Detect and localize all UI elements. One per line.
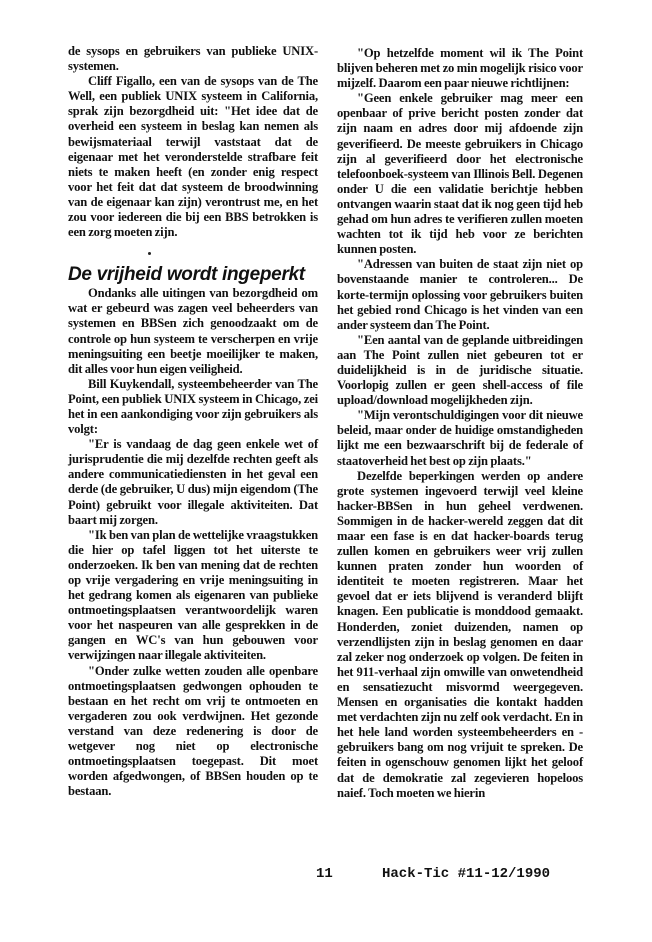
section-heading: De vrijheid wordt ingeperkt (68, 264, 318, 286)
page-number: 11 (316, 866, 382, 882)
paragraph: Ondanks alle uitingen van bezorgdheid om… (68, 286, 318, 377)
page-footer: 11Hack-Tic #11-12/1990 (316, 866, 550, 882)
paragraph: "Geen enkele gebruiker mag meer een open… (337, 91, 583, 257)
paragraph: "Er is vandaag de dag geen enkele wet of… (68, 437, 318, 528)
paragraph: "Adressen van buiten de staat zijn niet … (337, 257, 583, 332)
paragraph: "Mijn verontschuldigingen voor dit nieuw… (337, 408, 583, 468)
paragraph: "Op hetzelfde moment wil ik The Point bl… (337, 46, 583, 91)
paragraph: Bill Kuykendall, systeembeheerder van Th… (68, 377, 318, 437)
paragraph: "Een aantal van de geplande uitbreidinge… (337, 333, 583, 408)
paragraph: "Ik ben van plan de wettelijke vraagstuk… (68, 528, 318, 664)
magazine-page: de sysops en gebruikers van publieke UNI… (0, 0, 652, 942)
separator-dot (68, 240, 318, 262)
paragraph: Cliff Figallo, een van de sysops van de … (68, 74, 318, 240)
right-column: "Op hetzelfde moment wil ik The Point bl… (337, 46, 583, 801)
paragraph: Dezelfde beperkingen werden op andere gr… (337, 469, 583, 801)
paragraph: "Onder zulke wetten zouden alle openbare… (68, 664, 318, 800)
publication-title: Hack-Tic #11-12/1990 (382, 866, 550, 882)
left-column: de sysops en gebruikers van publieke UNI… (68, 44, 318, 799)
paragraph: de sysops en gebruikers van publieke UNI… (68, 44, 318, 74)
